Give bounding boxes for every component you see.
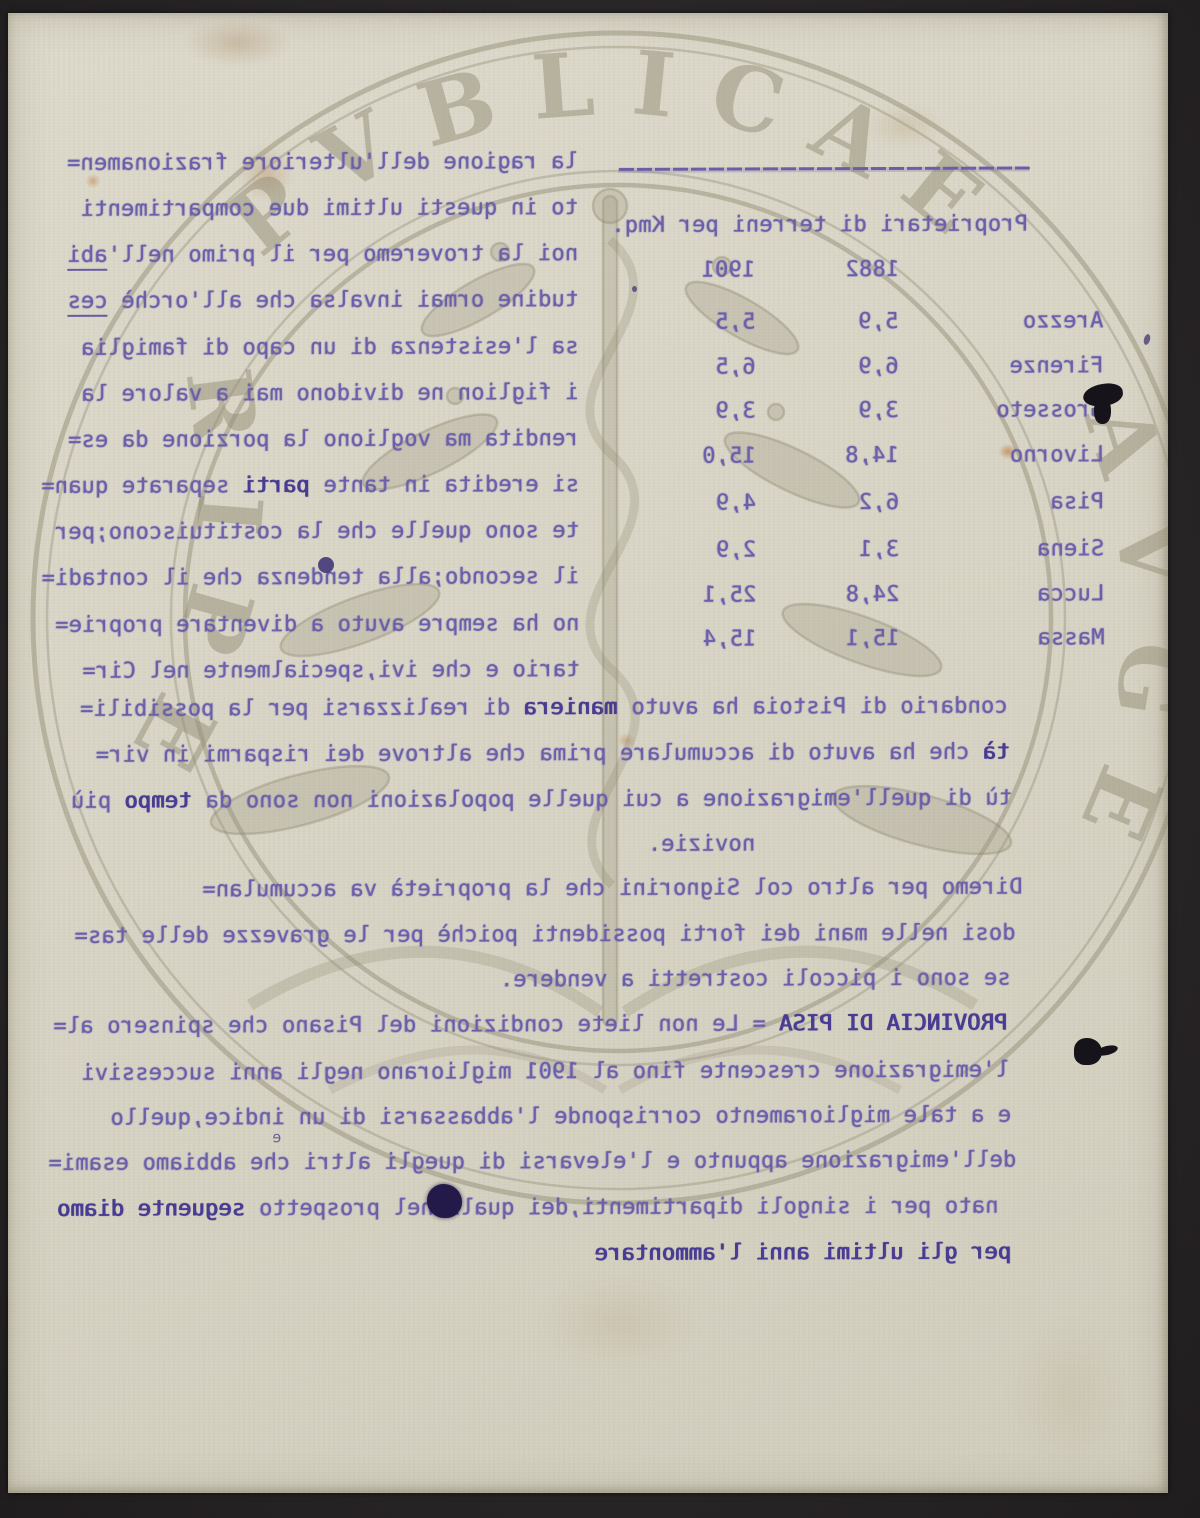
scanned-document: RIPE PVBLICAE AVGE	[0, 0, 1200, 1518]
ink-blot	[1094, 398, 1111, 424]
ink-speck	[1143, 333, 1152, 345]
paper-clip-region: RIPE PVBLICAE AVGE	[8, 13, 1168, 1493]
ink-blot-layer	[8, 13, 1168, 1493]
ink-blot	[427, 1184, 462, 1218]
ink-blot	[318, 557, 334, 573]
ink-speck	[632, 286, 637, 292]
